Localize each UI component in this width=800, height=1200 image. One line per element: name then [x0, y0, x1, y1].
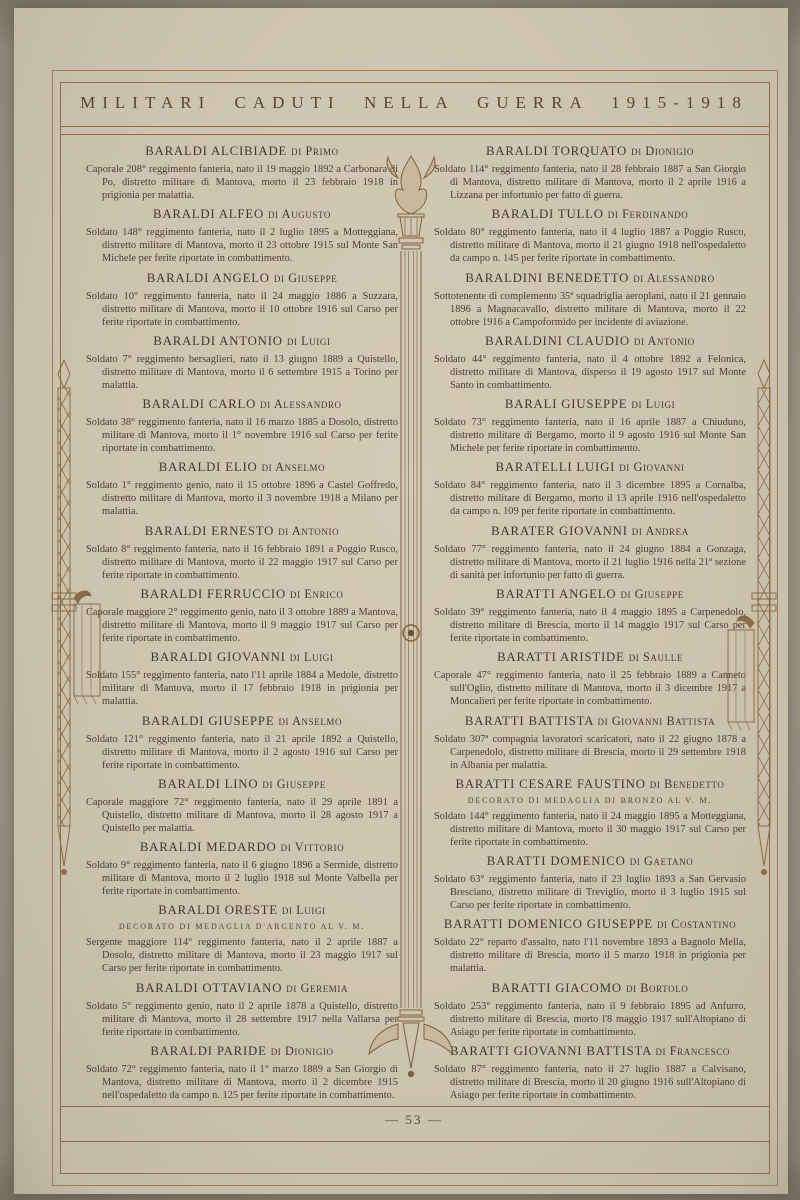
soldier-name: BARATTI DOMENICO di Gaetano — [434, 854, 746, 868]
soldier-entry: BARALDI TULLO di Ferdinando Soldato 80° … — [434, 207, 746, 265]
soldier-patronymic: di Luigi — [287, 334, 331, 348]
paper-page: MILITARI CADUTI NELLA GUERRA 1915-1918 B… — [14, 8, 788, 1194]
soldier-name: BARATTI BATTISTA di Giovanni Battista — [434, 714, 746, 728]
soldier-patronymic: di Gaetano — [630, 854, 694, 868]
soldier-record: Soldato 121° reggimento fanteria, nato i… — [86, 733, 398, 772]
soldier-entry: BARALDINI BENEDETTO di Alessandro Sottot… — [434, 271, 746, 329]
soldier-record: Soldato 155° reggimento fanteria, nato l… — [86, 669, 398, 708]
soldier-entry: BARALI GIUSEPPE di Luigi Soldato 73° reg… — [434, 397, 746, 455]
soldier-entry: BARATTI DOMENICO GIUSEPPE di Costantino … — [434, 917, 746, 975]
soldier-record: Soldato 307ª compagnia lavoratori scaric… — [434, 733, 746, 772]
soldier-patronymic: di Costantino — [657, 917, 736, 931]
soldier-record: Soldato 5° reggimento genio, nato il 2 a… — [86, 1000, 398, 1039]
soldier-patronymic: di Antonio — [634, 334, 695, 348]
soldier-patronymic: di Ferdinando — [608, 207, 689, 221]
soldier-name: BARALDI GIUSEPPE di Anselmo — [86, 714, 398, 728]
soldier-surname-given: BARATTI BATTISTA — [465, 714, 594, 728]
photo-background: MILITARI CADUTI NELLA GUERRA 1915-1918 B… — [0, 0, 800, 1200]
soldier-entry: BARALDI ANTONIO di Luigi Soldato 7° regg… — [86, 334, 398, 392]
soldier-patronymic: di Augusto — [268, 207, 331, 221]
soldier-surname-given: BARALDI ORESTE — [158, 903, 278, 917]
soldier-name: BARALDI OTTAVIANO di Geremia — [86, 981, 398, 995]
soldier-entry: BARALDI ALFEO di Augusto Soldato 148° re… — [86, 207, 398, 265]
soldier-patronymic: di Francesco — [655, 1044, 730, 1058]
soldier-surname-given: BARALDI ERNESTO — [145, 524, 274, 538]
soldier-entry: BARALDI PARIDE di Dionigio Soldato 72° r… — [86, 1044, 398, 1102]
soldier-name: BARATTI GIOVANNI BATTISTA di Francesco — [434, 1044, 746, 1058]
soldier-name: BARALDI PARIDE di Dionigio — [86, 1044, 398, 1058]
title-rule-bottom — [60, 134, 770, 135]
soldier-entry: BARALDI ELIO di Anselmo Soldato 1° reggi… — [86, 460, 398, 518]
decoration-line: DECORATO DI MEDAGLIA D'ARGENTO AL V. M. — [86, 922, 398, 931]
soldier-name: BARATTI ANGELO di Giuseppe — [434, 587, 746, 601]
soldier-surname-given: BARALDI ANGELO — [147, 271, 270, 285]
soldier-patronymic: di Dionigio — [631, 144, 694, 158]
soldier-surname-given: BARATTI DOMENICO GIUSEPPE — [444, 917, 653, 931]
soldier-entry: BARALDI LINO di Giuseppe Caporale maggio… — [86, 777, 398, 835]
soldier-entry: BARATTI CESARE FAUSTINO di Benedetto DEC… — [434, 777, 746, 849]
soldier-entry: BARATTI BATTISTA di Giovanni Battista So… — [434, 714, 746, 772]
soldier-record: Soldato 114° reggimento fanteria, nato i… — [434, 163, 746, 202]
soldier-surname-given: BARALDI ANTONIO — [153, 334, 282, 348]
soldier-surname-given: BARALDI ELIO — [159, 460, 258, 474]
soldier-name: BARALDI ORESTE di Luigi — [86, 903, 398, 917]
soldier-entry: BARALDI ANGELO di Giuseppe Soldato 10° r… — [86, 271, 398, 329]
soldier-surname-given: BARALDI OTTAVIANO — [136, 981, 282, 995]
soldier-name: BARALDI LINO di Giuseppe — [86, 777, 398, 791]
soldier-name: BARALDI ANTONIO di Luigi — [86, 334, 398, 348]
soldier-surname-given: BARALDI FERRUCCIO — [141, 587, 287, 601]
soldier-record: Caporale maggiore 2° reggimento genio, n… — [86, 606, 398, 645]
soldier-surname-given: BARATELLI LUIGI — [496, 460, 616, 474]
soldier-surname-given: BARALDI ALCIBIADE — [145, 144, 287, 158]
soldier-entry: BARALDI CARLO di Alessandro Soldato 38° … — [86, 397, 398, 455]
footer-rule-bottom — [60, 1141, 770, 1142]
soldier-surname-given: BARATTI ARISTIDE — [497, 650, 625, 664]
soldier-record: Soldato 9° reggimento fanteria, nato il … — [86, 859, 398, 898]
soldier-patronymic: di Giovanni Battista — [598, 714, 716, 728]
soldier-surname-given: BARATTI DOMENICO — [487, 854, 626, 868]
soldier-entry: BARALDI FERRUCCIO di Enrico Caporale mag… — [86, 587, 398, 645]
soldier-entry: BARATTI GIOVANNI BATTISTA di Francesco S… — [434, 1044, 746, 1102]
soldier-record: Soldato 10° reggimento fanteria, nato il… — [86, 290, 398, 329]
soldier-name: BARALDI TULLO di Ferdinando — [434, 207, 746, 221]
soldier-entry: BARALDI GIUSEPPE di Anselmo Soldato 121°… — [86, 714, 398, 772]
soldier-entry: BARALDI ALCIBIADE di Primo Caporale 208°… — [86, 144, 398, 202]
soldier-entry: BARATTI ARISTIDE di Saulle Caporale 47° … — [434, 650, 746, 708]
soldier-surname-given: BARATTI GIACOMO — [492, 981, 622, 995]
soldier-name: BARALDI FERRUCCIO di Enrico — [86, 587, 398, 601]
soldier-record: Soldato 253° reggimento fanteria, nato i… — [434, 1000, 746, 1039]
soldier-entry: BARALDI ERNESTO di Antonio Soldato 8° re… — [86, 524, 398, 582]
soldier-name: BARALDI ALCIBIADE di Primo — [86, 144, 398, 158]
soldier-entry: BARATTI ANGELO di Giuseppe Soldato 39° r… — [434, 587, 746, 645]
soldier-name: BARATTI DOMENICO GIUSEPPE di Costantino — [434, 917, 746, 931]
soldier-record: Sottotenente di complemento 35ª squadrig… — [434, 290, 746, 329]
soldier-surname-given: BARALDI TORQUATO — [486, 144, 627, 158]
right-column: BARALDI TORQUATO di Dionigio Soldato 114… — [434, 144, 746, 1102]
soldier-record: Soldato 63° reggimento fanteria, nato il… — [434, 873, 746, 912]
soldier-entry: BARATELLI LUIGI di Giovanni Soldato 84° … — [434, 460, 746, 518]
title-rule-top — [60, 126, 770, 127]
soldier-patronymic: di Geremia — [286, 981, 348, 995]
soldier-surname-given: BARATER GIOVANNI — [491, 524, 628, 538]
soldier-entry: BARALDI OTTAVIANO di Geremia Soldato 5° … — [86, 981, 398, 1039]
soldier-record: Soldato 73° reggimento fanteria, nato il… — [434, 416, 746, 455]
soldier-surname-given: BARALDI GIUSEPPE — [142, 714, 275, 728]
soldier-record: Caporale 208° reggimento fanteria, nato … — [86, 163, 398, 202]
soldier-patronymic: di Anselmo — [262, 460, 326, 474]
soldier-record: Soldato 7° reggimento bersaglieri, nato … — [86, 353, 398, 392]
soldier-patronymic: di Antonio — [278, 524, 339, 538]
soldier-patronymic: di Anselmo — [278, 714, 342, 728]
soldier-surname-given: BARATTI ANGELO — [496, 587, 616, 601]
soldier-surname-given: BARATTI GIOVANNI BATTISTA — [450, 1044, 651, 1058]
soldier-surname-given: BARALDI ALFEO — [153, 207, 264, 221]
soldier-surname-given: BARATTI CESARE FAUSTINO — [456, 777, 646, 791]
soldier-entry: BARALDI MEDARDO di Vittorio Soldato 9° r… — [86, 840, 398, 898]
soldier-patronymic: di Luigi — [631, 397, 675, 411]
page-number: — 53 — — [14, 1112, 800, 1128]
soldier-surname-given: BARALDINI CLAUDIO — [485, 334, 630, 348]
soldier-name: BARALDI ERNESTO di Antonio — [86, 524, 398, 538]
soldier-surname-given: BARALDI LINO — [158, 777, 258, 791]
decoration-line: DECORATO DI MEDAGLIA DI BRONZO AL V. M. — [434, 796, 746, 805]
soldier-surname-given: BARALDI MEDARDO — [140, 840, 277, 854]
soldier-record: Soldato 72° reggimento fanteria, nato il… — [86, 1063, 398, 1102]
soldier-surname-given: BARALDINI BENEDETTO — [465, 271, 629, 285]
soldier-entry: BARALDINI CLAUDIO di Antonio Soldato 44°… — [434, 334, 746, 392]
soldier-record: Soldato 77° reggimento fanteria, nato il… — [434, 543, 746, 582]
soldier-patronymic: di Alessandro — [260, 397, 341, 411]
soldier-patronymic: di Andrea — [632, 524, 689, 538]
soldier-name: BARATTI ARISTIDE di Saulle — [434, 650, 746, 664]
soldier-patronymic: di Giovanni — [619, 460, 684, 474]
soldier-patronymic: di Bortolo — [626, 981, 688, 995]
soldier-name: BARATELLI LUIGI di Giovanni — [434, 460, 746, 474]
soldier-patronymic: di Vittorio — [281, 840, 345, 854]
soldier-record: Soldato 39° reggimento fanteria, nato il… — [434, 606, 746, 645]
soldier-record: Soldato 8° reggimento fanteria, nato il … — [86, 543, 398, 582]
soldier-patronymic: di Enrico — [290, 587, 343, 601]
soldier-record: Soldato 80° reggimento fanteria, nato il… — [434, 226, 746, 265]
soldier-record: Soldato 38° reggimento fanteria, nato il… — [86, 416, 398, 455]
soldier-surname-given: BARALI GIUSEPPE — [505, 397, 628, 411]
soldier-record: Sergente maggiore 114° reggimento fanter… — [86, 936, 398, 975]
soldier-surname-given: BARALDI PARIDE — [150, 1044, 266, 1058]
soldier-patronymic: di Saulle — [629, 650, 683, 664]
soldier-record: Soldato 22° reparto d'assalto, nato l'11… — [434, 936, 746, 975]
soldier-patronymic: di Primo — [291, 144, 339, 158]
footer-rule-top — [60, 1106, 770, 1107]
page-title: MILITARI CADUTI NELLA GUERRA 1915-1918 — [60, 93, 768, 113]
soldier-record: Soldato 84° reggimento fanteria, nato il… — [434, 479, 746, 518]
soldier-record: Caporale 47° reggimento fanteria, nato i… — [434, 669, 746, 708]
soldier-patronymic: di Giuseppe — [620, 587, 683, 601]
soldier-patronymic: di Giuseppe — [262, 777, 325, 791]
soldier-surname-given: BARALDI GIOVANNI — [151, 650, 286, 664]
soldier-patronymic: di Luigi — [290, 650, 334, 664]
soldier-record: Soldato 44° reggimento fanteria, nato il… — [434, 353, 746, 392]
left-column: BARALDI ALCIBIADE di Primo Caporale 208°… — [86, 144, 398, 1102]
soldier-entry: BARATER GIOVANNI di Andrea Soldato 77° r… — [434, 524, 746, 582]
soldier-patronymic: di Luigi — [282, 903, 326, 917]
soldier-patronymic: di Dionigio — [271, 1044, 334, 1058]
soldier-entry: BARATTI GIACOMO di Bortolo Soldato 253° … — [434, 981, 746, 1039]
soldier-entry: BARATTI DOMENICO di Gaetano Soldato 63° … — [434, 854, 746, 912]
soldier-surname-given: BARALDI CARLO — [142, 397, 256, 411]
soldier-record: Soldato 144° reggimento fanteria, nato i… — [434, 810, 746, 849]
soldier-name: BARALDINI CLAUDIO di Antonio — [434, 334, 746, 348]
soldier-name: BARALDI ELIO di Anselmo — [86, 460, 398, 474]
soldier-surname-given: BARALDI TULLO — [492, 207, 604, 221]
soldier-name: BARALDI MEDARDO di Vittorio — [86, 840, 398, 854]
soldier-name: BARALDINI BENEDETTO di Alessandro — [434, 271, 746, 285]
soldier-record: Soldato 87° reggimento fanteria, nato il… — [434, 1063, 746, 1102]
soldier-name: BARATER GIOVANNI di Andrea — [434, 524, 746, 538]
soldier-name: BARATTI GIACOMO di Bortolo — [434, 981, 746, 995]
soldier-name: BARALDI GIOVANNI di Luigi — [86, 650, 398, 664]
soldier-record: Soldato 148° reggimento fanteria, nato i… — [86, 226, 398, 265]
soldier-patronymic: di Benedetto — [650, 777, 725, 791]
soldier-patronymic: di Giuseppe — [274, 271, 337, 285]
soldier-name: BARALDI ALFEO di Augusto — [86, 207, 398, 221]
soldier-patronymic: di Alessandro — [633, 271, 714, 285]
soldier-name: BARALI GIUSEPPE di Luigi — [434, 397, 746, 411]
soldier-record: Soldato 1° reggimento genio, nato il 15 … — [86, 479, 398, 518]
soldier-entry: BARALDI TORQUATO di Dionigio Soldato 114… — [434, 144, 746, 202]
soldier-name: BARALDI TORQUATO di Dionigio — [434, 144, 746, 158]
soldier-name: BARALDI CARLO di Alessandro — [86, 397, 398, 411]
soldier-name: BARATTI CESARE FAUSTINO di Benedetto — [434, 777, 746, 791]
soldier-record: Caporale maggiore 72° reggimento fanteri… — [86, 796, 398, 835]
soldier-entry: BARALDI GIOVANNI di Luigi Soldato 155° r… — [86, 650, 398, 708]
soldier-entry: BARALDI ORESTE di Luigi DECORATO DI MEDA… — [86, 903, 398, 975]
soldier-name: BARALDI ANGELO di Giuseppe — [86, 271, 398, 285]
